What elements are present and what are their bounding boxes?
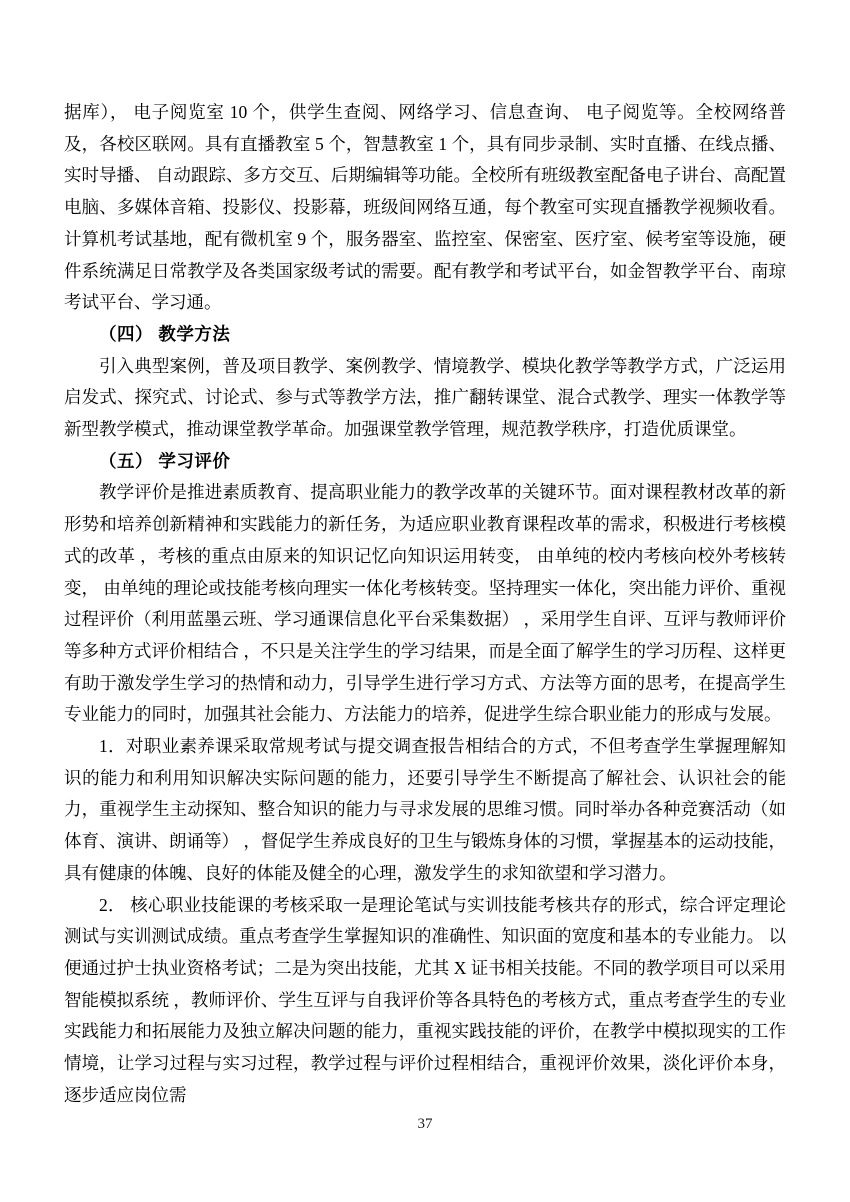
heading-section-4-teaching-methods: （四） 教学方法: [64, 319, 786, 351]
paragraph-teaching-methods: 引入典型案例，普及项目教学、案例教学、情境教学、模块化教学等教学方式，广泛运用启…: [64, 351, 786, 446]
document-page: 据库）， 电子阅览室 10 个，供学生查阅、网络学习、信息查询、 电子阅览等。全…: [0, 0, 850, 1202]
page-number: 37: [0, 1114, 850, 1134]
paragraph-learning-evaluation-overview: 教学评价是推进素质教育、提高职业能力的教学改革的关键环节。面对课程教材改革的新形…: [64, 477, 786, 731]
paragraph-item-1-professional-quality-courses: 1．对职业素养课采取常规考试与提交调查报告相结合的方式，不但考查学生掌握理解知识…: [64, 731, 786, 890]
heading-section-5-learning-evaluation: （五） 学习评价: [64, 446, 786, 478]
paragraph-facilities-continued: 据库）， 电子阅览室 10 个，供学生查阅、网络学习、信息查询、 电子阅览等。全…: [64, 97, 786, 319]
paragraph-item-2-core-vocational-skills-courses: 2． 核心职业技能课的考核采取一是理论笔试与实训技能考核共存的形式，综合评定理论…: [64, 890, 786, 1112]
page-body-text: 据库）， 电子阅览室 10 个，供学生查阅、网络学习、信息查询、 电子阅览等。全…: [64, 97, 786, 1112]
